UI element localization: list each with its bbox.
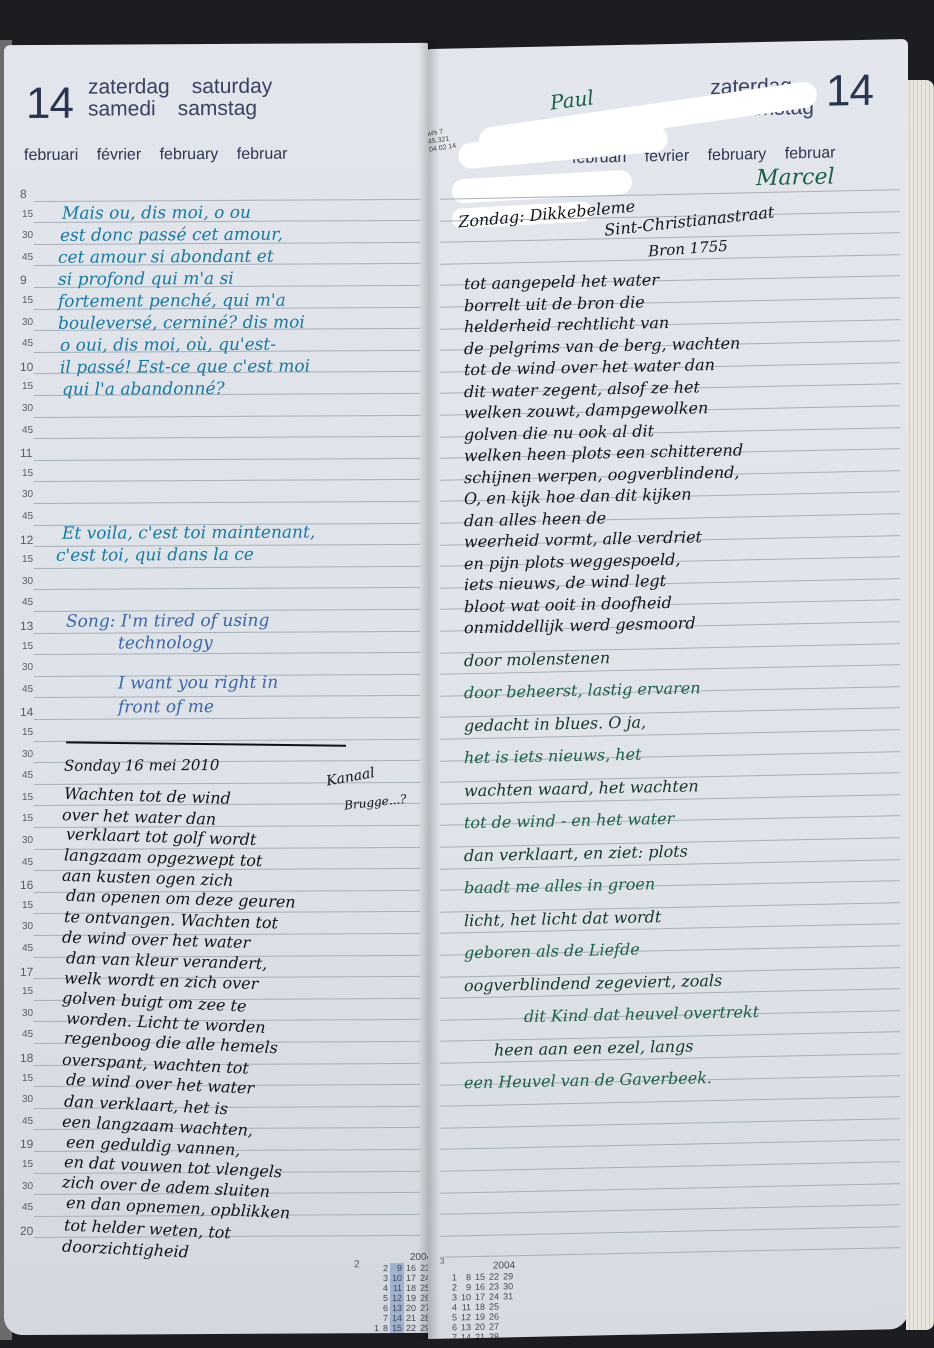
- calendar-day: 19: [404, 1293, 418, 1303]
- calendar-day: 26: [487, 1311, 501, 1321]
- hour-label: 45: [22, 425, 33, 436]
- rule-line: [440, 1118, 900, 1129]
- calendar-day: 12: [390, 1293, 404, 1303]
- calendar-day: 24: [487, 1291, 501, 1301]
- text-line: cet amour si abondant et: [58, 246, 274, 269]
- hour-label: 17: [20, 965, 33, 979]
- calendar-day: 15: [390, 1323, 404, 1333]
- text-line: front of me: [118, 695, 214, 720]
- text-line: dan alles heen de: [464, 508, 606, 530]
- calendar-day: 2: [450, 1282, 459, 1292]
- hour-label: 45: [22, 1029, 33, 1040]
- week-number: 2: [354, 1259, 360, 1270]
- calendar-day: 12: [459, 1312, 473, 1322]
- left-ruled-lines: 8153045915304510153045111530451215304513…: [4, 43, 428, 45]
- calendar-day: [372, 1283, 381, 1293]
- calendar-day: 22: [404, 1323, 418, 1333]
- rule-line: [440, 1096, 900, 1107]
- text-line: tot de wind over het water dan: [464, 355, 715, 379]
- hour-label: 15: [22, 900, 33, 911]
- month-en: february: [160, 146, 219, 163]
- calendar-day: 8: [459, 1272, 473, 1282]
- month-nl: februari: [24, 147, 78, 164]
- calendar-day: 5: [450, 1312, 459, 1322]
- calendar-day: [372, 1263, 381, 1273]
- calendar-day: [372, 1273, 381, 1283]
- hour-label: 30: [22, 1094, 33, 1105]
- calendar-day: 18: [404, 1283, 418, 1293]
- hour-label: 15: [22, 986, 33, 997]
- month-en: february: [708, 146, 767, 164]
- text-line: licht, het licht dat wordt: [464, 907, 661, 930]
- calendar-day: 20: [404, 1303, 418, 1313]
- rule-line: [440, 1248, 900, 1259]
- hour-label: 45: [22, 338, 33, 349]
- text-line: het is iets nieuws, het: [464, 745, 642, 768]
- calendar-day: [372, 1293, 381, 1303]
- text-line: door molenstenen: [464, 648, 610, 670]
- calendar-day: 9: [459, 1282, 473, 1292]
- hour-label: 45: [22, 857, 33, 868]
- hour-label: 30: [22, 317, 33, 328]
- hour-label: 45: [22, 684, 33, 695]
- day-name-fr: samedi: [88, 98, 156, 120]
- hour-label: 14: [20, 705, 33, 719]
- calendar-day: 16: [404, 1263, 418, 1273]
- calendar-day: [372, 1303, 381, 1313]
- text-line: welken zouwt, dampgewolken: [464, 398, 708, 422]
- calendar-day: 29: [501, 1271, 515, 1281]
- side-note-kanaal: Kanaal: [325, 765, 376, 790]
- day-name-nl: zaterdag: [88, 76, 170, 98]
- text-line: I want you right in: [118, 671, 278, 696]
- hour-label: 15: [22, 792, 33, 803]
- text-line: bouleversé, cerniné? dis moi: [58, 312, 305, 335]
- hour-label: 18: [20, 1051, 33, 1065]
- hour-label: 11: [20, 446, 32, 460]
- calendar-day: 3: [381, 1273, 390, 1283]
- calendar-day: 8: [381, 1323, 390, 1333]
- calendar-day: 13: [390, 1303, 404, 1313]
- rule-line: [34, 695, 420, 698]
- hour-label: 30: [22, 662, 33, 673]
- hour-label: 15: [22, 727, 33, 738]
- left-diary-page: 14 zaterdagsaturday samedisamstag februa…: [4, 43, 428, 1335]
- calendar-day: 16: [473, 1282, 487, 1292]
- calendar-day: 21: [473, 1332, 487, 1339]
- hour-label: 45: [22, 597, 33, 608]
- left-day-names: zaterdagsaturday samedisamstag: [88, 76, 294, 121]
- rule-line: [34, 458, 420, 461]
- hour-label: 16: [20, 878, 33, 892]
- rule-line: [440, 1161, 900, 1172]
- hour-label: 45: [22, 511, 33, 522]
- text-line: schijnen werpen, oogverblindend,: [464, 462, 740, 487]
- week-number-right: 3: [440, 1257, 444, 1266]
- calendar-day: 4: [381, 1283, 390, 1293]
- calendar-day: 21: [404, 1313, 418, 1323]
- left-month-row: februari février february februar: [24, 146, 301, 165]
- hour-label: 20: [20, 1224, 33, 1238]
- rule-line: [34, 652, 420, 655]
- text-line: heen aan een ezel, langs: [494, 1036, 694, 1059]
- right-diary-page: 14 zaterdag samedisamstag februari févri…: [428, 39, 908, 1339]
- rule-line: [440, 1226, 900, 1237]
- hour-label: 13: [20, 619, 33, 633]
- calendar-day: 25: [487, 1301, 501, 1311]
- hour-label: 45: [22, 252, 33, 263]
- text-line: technology: [118, 631, 213, 655]
- calendar-day: 31: [501, 1291, 515, 1301]
- text-line: helderheid rechtlicht van: [464, 313, 669, 336]
- month-fr: février: [97, 146, 141, 163]
- calendar-day: [372, 1313, 381, 1323]
- text-line: O, en kijk hoe dan dit kijken: [464, 485, 692, 509]
- text-line: qui l'a abandonné?: [62, 378, 225, 401]
- text-line: iets nieuws, de wind legt: [464, 571, 666, 594]
- calendar-day: 14: [459, 1332, 473, 1339]
- day-name-de: samstag: [178, 98, 257, 120]
- text-line: en pijn plots weggespoeld,: [464, 549, 680, 573]
- calendar-day: 4: [450, 1302, 459, 1312]
- rule-line: [34, 717, 420, 720]
- hour-label: 15: [22, 468, 33, 479]
- right-ruled-lines: [428, 39, 908, 49]
- mini-calendar-right: 2004181522292916233031017243141118255121…: [450, 1261, 515, 1339]
- text-line: weerheid vormt, alle verdriet: [464, 527, 702, 551]
- hour-label: 15: [22, 554, 33, 565]
- calendar-day: [501, 1311, 515, 1321]
- hour-label: 30: [22, 1181, 33, 1192]
- calendar-day: 19: [473, 1312, 487, 1322]
- calendar-day: 6: [450, 1322, 459, 1332]
- text-line: gedacht in blues. O ja,: [464, 712, 646, 735]
- calendar-day: [501, 1331, 515, 1339]
- rule-line: [34, 587, 420, 590]
- hour-label: 30: [22, 489, 33, 500]
- text-line: est donc passé cet amour,: [60, 224, 283, 247]
- text-line: oogverblindend zegeviert, zoals: [464, 970, 722, 994]
- calendar-day: 10: [390, 1273, 404, 1283]
- calendar-day: 20: [473, 1322, 487, 1332]
- hour-label: 19: [20, 1137, 33, 1151]
- calendar-day: 2: [381, 1263, 390, 1273]
- name-marcel: Marcel: [756, 165, 835, 192]
- text-line: dan verklaart, en ziet: plots: [464, 841, 688, 865]
- rule-line: [34, 501, 420, 504]
- rule-line: [440, 1140, 900, 1151]
- hour-label: 8: [20, 187, 27, 201]
- text-line: welken heen plots een schitterend: [464, 440, 743, 465]
- text-line: il passé! Est-ce que c'est moi: [60, 356, 310, 379]
- text-line: doorzichtigheid: [62, 1237, 190, 1264]
- month-de: februar: [785, 144, 836, 162]
- calendar-day: 17: [473, 1292, 487, 1302]
- hour-label: 15: [22, 295, 33, 306]
- text-line: si profond qui m'a si: [58, 268, 234, 291]
- rule-line: [34, 436, 420, 439]
- calendar-day: [501, 1301, 515, 1311]
- calendar-day: 3: [450, 1292, 459, 1302]
- text-line: dit Kind dat heuvel overtrekt: [524, 1002, 759, 1026]
- book-gutter: [418, 40, 440, 1340]
- text-line: een Heuvel van de Gaverbeek.: [464, 1068, 712, 1092]
- ink-divider-line: [66, 741, 346, 746]
- text-line: tot de wind - en het water: [464, 809, 674, 832]
- calendar-day: 27: [487, 1321, 501, 1331]
- calendar-day: 28: [487, 1331, 501, 1339]
- hour-label: 15: [22, 1073, 33, 1084]
- day-name-en: saturday: [192, 76, 273, 98]
- calendar-day: 1: [450, 1272, 459, 1282]
- hour-label: 10: [20, 360, 33, 374]
- calendar-day: 13: [459, 1322, 473, 1332]
- text-line: o oui, dis moi, où, qu'est-: [60, 334, 276, 357]
- rule-line: [34, 479, 420, 482]
- calendar-day: 14: [390, 1313, 404, 1323]
- hour-label: 45: [22, 1202, 33, 1213]
- text-line: geboren als de Liefde: [464, 940, 640, 963]
- month-de: februar: [237, 146, 288, 163]
- text-line: c'est toi, qui dans la ce: [56, 544, 254, 567]
- calendar-day: 11: [459, 1302, 473, 1312]
- hour-label: 30: [22, 921, 33, 932]
- calendar-day: [501, 1321, 515, 1331]
- calendar-day: 30: [501, 1281, 515, 1291]
- hour-label: 30: [22, 403, 33, 414]
- hour-label: 30: [22, 835, 33, 846]
- text-line: fortement penché, qui m'a: [58, 290, 286, 313]
- hour-label: 15: [22, 813, 33, 824]
- hour-label: 45: [22, 943, 33, 954]
- hour-label: 15: [22, 1159, 33, 1170]
- calendar-day: 9: [390, 1263, 404, 1273]
- text-line: golven die nu ook al dit: [464, 421, 654, 444]
- text-line: baadt me alles in groen: [464, 874, 655, 897]
- text-line: door beheerst, lastig ervaren: [464, 678, 701, 702]
- hour-label: 15: [22, 381, 33, 392]
- hour-label: 15: [22, 209, 33, 220]
- hour-label: 30: [22, 749, 33, 760]
- text-line: Mais ou, dis moi, o ou: [62, 202, 251, 225]
- hour-label: 30: [22, 1008, 33, 1019]
- rule-line: [440, 1204, 900, 1215]
- calendar-day: 15: [473, 1272, 487, 1282]
- rule-line: [34, 415, 420, 418]
- calendar-day: 18: [473, 1302, 487, 1312]
- text-line: Song: I'm tired of using: [66, 609, 269, 634]
- calendar-day: 23: [487, 1281, 501, 1291]
- hour-label: 45: [22, 770, 33, 781]
- text-line: bloot wat ooit in doofheid: [464, 592, 672, 615]
- text-line: wachten waard, het wachten: [464, 776, 699, 800]
- rule-line: [440, 1183, 900, 1194]
- entry-date: Sonday 16 mei 2010: [64, 756, 219, 775]
- hour-label: 15: [22, 641, 33, 652]
- hour-label: 30: [22, 576, 33, 587]
- page-stack-edge: [906, 80, 934, 1330]
- calendar-grid: 1815222929162330310172431411182551219266…: [450, 1271, 515, 1339]
- text-line: dit water zegent, alsof ze het: [464, 377, 700, 401]
- calendar-day: 10: [459, 1292, 473, 1302]
- hour-label: 9: [20, 273, 27, 287]
- calendar-day: 6: [381, 1303, 390, 1313]
- calendar-day: 17: [404, 1273, 418, 1283]
- text-line: de pelgrims van de berg, wachten: [464, 333, 740, 358]
- calendar-day: 5: [381, 1293, 390, 1303]
- calendar-day: 11: [390, 1283, 404, 1293]
- side-note-brugge: Brugge...?: [343, 792, 407, 813]
- calendar-day: 22: [487, 1271, 501, 1281]
- text-line: Et voila, c'est toi maintenant,: [62, 521, 315, 544]
- calendar-day: 7: [450, 1332, 459, 1339]
- text-line: tot aangepeld het water: [464, 270, 659, 293]
- text-line: onmiddellijk werd gesmoord: [464, 613, 696, 637]
- calendar-day: 1: [372, 1323, 381, 1333]
- calendar-day: 7: [381, 1313, 390, 1323]
- left-day-number: 14: [26, 79, 73, 129]
- hour-label: 45: [22, 1116, 33, 1127]
- right-day-number: 14: [826, 66, 873, 117]
- name-paul: Paul: [549, 85, 595, 114]
- text-line: borrelt uit de bron die: [464, 292, 645, 315]
- hour-label: 30: [22, 230, 33, 241]
- hour-label: 12: [20, 533, 33, 547]
